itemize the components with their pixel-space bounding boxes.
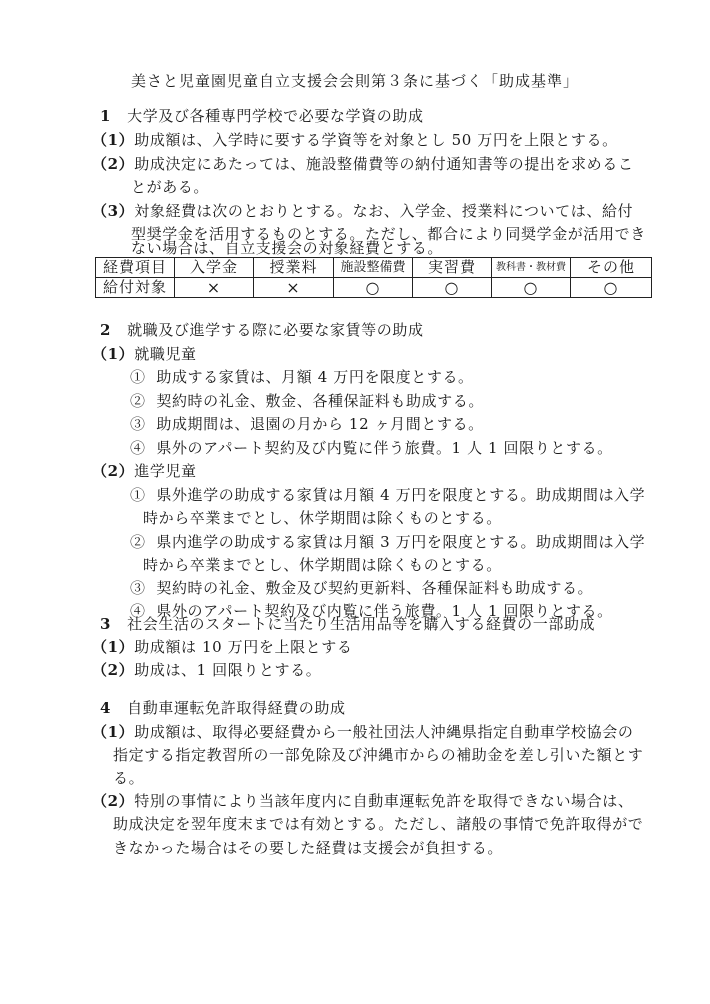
item-text: 契約時の礼金、敷金及び契約更新料、各種保証料も助成する。 — [156, 579, 593, 597]
table-cell-eligible: ○ — [334, 278, 413, 298]
section-2-group-1-item-4: ④ 県外のアパート契約及び内覧に伴う旅費。1 人 1 回限りとする。 — [130, 438, 613, 458]
section-2-group-1-item-1: ① 助成する家賃は、月額 4 万円を限度とする。 — [130, 367, 474, 387]
section-1-item-3: （3）対象経費は次のとおりとする。なお、入学金、授業料については、給付 — [92, 201, 633, 221]
table-header-cell: 経費項目 — [96, 258, 175, 278]
item-label: （1） — [92, 131, 134, 149]
table-header-cell: 授業料 — [254, 258, 334, 278]
section-1-heading: 1 大学及び各種専門学校で必要な学資の助成 — [100, 106, 424, 126]
section-2-group-2-item-3: ③ 契約時の礼金、敷金及び契約更新料、各種保証料も助成する。 — [130, 578, 593, 598]
item-label: （2） — [92, 462, 134, 480]
document-title: 美さと児童園児童自立支援会会則第３条に基づく「助成基準」 — [0, 70, 710, 91]
table-header-cell: その他 — [571, 258, 652, 278]
table-row: 給付対象 × × ○ ○ ○ ○ — [96, 278, 652, 298]
table-header-cell: 施設整備費 — [334, 258, 413, 278]
item-text: 対象経費は次のとおりとする。なお、入学金、授業料については、給付 — [134, 202, 633, 220]
section-1-item-3-cont-2: ない場合は、自立支援会の対象経費とする。 — [131, 238, 443, 258]
item-text: 助成額は 10 万円を上限とする — [134, 638, 352, 656]
item-text: 助成期間は、退園の月から 12 ヶ月間とする。 — [156, 415, 483, 433]
section-3-item-2: （2）助成は、1 回限りとする。 — [92, 660, 321, 680]
group-title: 進学児童 — [134, 462, 196, 480]
section-3-item-1: （1）助成額は 10 万円を上限とする — [92, 637, 352, 657]
section-heading-text: 就職及び進学する際に必要な家賃等の助成 — [127, 321, 423, 339]
item-text: 助成決定にあたっては、施設整備費等の納付通知書等の提出を求めるこ — [134, 155, 633, 173]
section-2-group-2-title: （2）進学児童 — [92, 461, 197, 481]
group-title: 就職児童 — [134, 345, 196, 363]
item-marker: ③ — [130, 579, 146, 597]
section-1-item-1: （1）助成額は、入学時に要する学資等を対象とし 50 万円を上限とする。 — [92, 130, 618, 150]
item-marker: ① — [130, 368, 146, 386]
item-text: 助成は、1 回限りとする。 — [134, 661, 321, 679]
item-text: 県外のアパート契約及び内覧に伴う旅費。1 人 1 回限りとする。 — [156, 439, 612, 457]
section-4-item-2-cont-2: きなかった場合はその要した経費は支援会が負担する。 — [113, 838, 503, 858]
table-cell-eligible: ○ — [571, 278, 652, 298]
item-label: （2） — [92, 792, 134, 810]
section-2-heading: 2 就職及び進学する際に必要な家賃等の助成 — [100, 320, 424, 340]
table-cell: 給付対象 — [96, 278, 175, 298]
item-text: 助成額は、取得必要経費から一般社団法人沖縄県指定自動車学校協会の — [134, 723, 633, 741]
section-2-group-2-item-2: ② 県内進学の助成する家賃は月額 3 万円を限度とする。助成期間は入学 — [130, 532, 645, 552]
item-label: （1） — [92, 345, 134, 363]
item-label: （1） — [92, 638, 134, 656]
section-number: 1 — [100, 107, 111, 125]
section-1-item-2: （2）助成決定にあたっては、施設整備費等の納付通知書等の提出を求めるこ — [92, 154, 633, 174]
section-4-heading: 4 自動車運転免許取得経費の助成 — [100, 698, 346, 718]
item-text: 県内進学の助成する家賃は月額 3 万円を限度とする。助成期間は入学 — [156, 533, 645, 551]
item-text: 契約時の礼金、敷金、各種保証料も助成する。 — [156, 392, 484, 410]
section-2-group-1-item-3: ③ 助成期間は、退園の月から 12 ヶ月間とする。 — [130, 414, 484, 434]
table-header-cell: 教科書・教材費 — [492, 258, 571, 278]
item-label: （1） — [92, 723, 134, 741]
item-marker: ① — [130, 486, 146, 504]
item-marker: ② — [130, 392, 146, 410]
section-heading-text: 大学及び各種専門学校で必要な学資の助成 — [127, 107, 423, 125]
table-header-cell: 入学金 — [175, 258, 254, 278]
item-marker: ② — [130, 533, 146, 551]
section-2-group-2-item-2-cont: 時から卒業までとし、休学期間は除くものとする。 — [143, 555, 502, 575]
section-4-item-1-cont-2: る。 — [113, 768, 144, 788]
section-2-group-2-item-1-cont: 時から卒業までとし、休学期間は除くものとする。 — [143, 508, 502, 528]
table-cell-not-eligible: × — [254, 278, 334, 298]
document-page: 美さと児童園児童自立支援会会則第３条に基づく「助成基準」 1 大学及び各種専門学… — [0, 0, 710, 1004]
section-4-item-1-cont-1: 指定する指定教習所の一部免除及び沖縄市からの補助金を差し引いた額とす — [113, 745, 643, 765]
item-marker: ③ — [130, 415, 146, 433]
section-4-item-2: （2）特別の事情により当該年度内に自動車運転免許を取得できない場合は、 — [92, 791, 633, 811]
section-4-item-2-cont-1: 助成決定を翌年度末までは有効とする。ただし、諸般の事情で免許取得がで — [113, 814, 643, 834]
table-header-row: 経費項目 入学金 授業料 施設整備費 実習費 教科書・教材費 その他 — [96, 258, 652, 278]
section-4-item-1: （1）助成額は、取得必要経費から一般社団法人沖縄県指定自動車学校協会の — [92, 722, 633, 742]
table-cell-eligible: ○ — [413, 278, 492, 298]
section-2-group-1-title: （1）就職児童 — [92, 344, 197, 364]
item-label: （3） — [92, 202, 134, 220]
table-cell-eligible: ○ — [492, 278, 571, 298]
section-number: 2 — [100, 321, 111, 339]
table-header-cell: 実習費 — [413, 258, 492, 278]
section-2-group-2-item-1: ① 県外進学の助成する家賃は月額 4 万円を限度とする。助成期間は入学 — [130, 485, 645, 505]
item-label: （2） — [92, 155, 134, 173]
section-1-item-2-cont: とがある。 — [131, 177, 209, 197]
table-cell-not-eligible: × — [175, 278, 254, 298]
item-text: 助成する家賃は、月額 4 万円を限度とする。 — [156, 368, 473, 386]
section-2-group-1-item-2: ② 契約時の礼金、敷金、各種保証料も助成する。 — [130, 391, 484, 411]
item-label: （2） — [92, 661, 134, 679]
item-text: 助成額は、入学時に要する学資等を対象とし 50 万円を上限とする。 — [134, 131, 617, 149]
section-number: 3 — [100, 615, 111, 633]
item-text: 県外進学の助成する家賃は月額 4 万円を限度とする。助成期間は入学 — [156, 486, 645, 504]
section-number: 4 — [100, 699, 111, 717]
section-3-heading: 3 社会生活のスタートに当たり生活用品等を購入する経費の一部助成 — [100, 614, 595, 634]
expense-table: 経費項目 入学金 授業料 施設整備費 実習費 教科書・教材費 その他 給付対象 … — [95, 257, 652, 298]
section-heading-text: 社会生活のスタートに当たり生活用品等を購入する経費の一部助成 — [127, 615, 595, 633]
item-text: 特別の事情により当該年度内に自動車運転免許を取得できない場合は、 — [134, 792, 633, 810]
item-marker: ④ — [130, 439, 146, 457]
section-heading-text: 自動車運転免許取得経費の助成 — [127, 699, 345, 717]
